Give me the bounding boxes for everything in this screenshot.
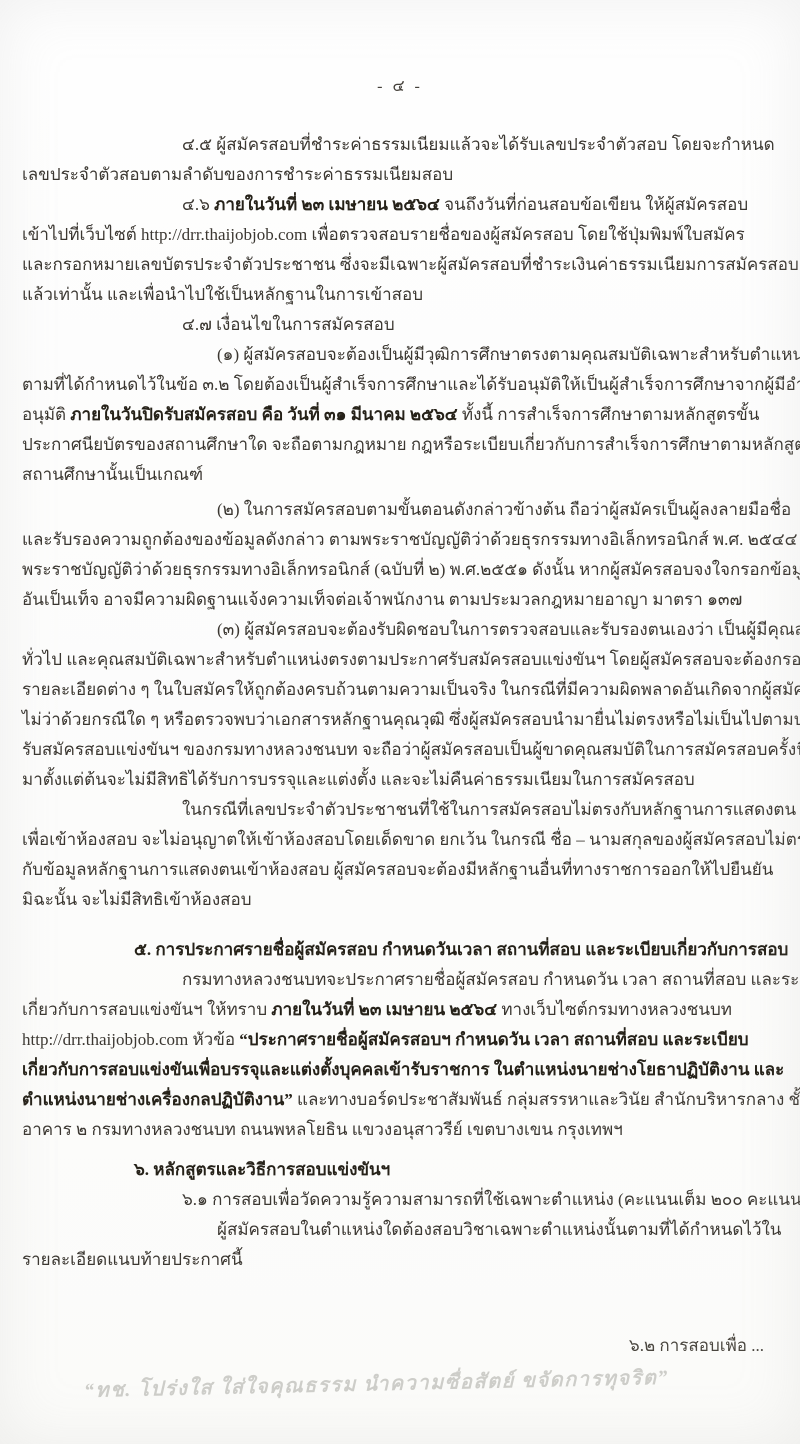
text-segment: ประกาศนียบัตรของสถานศึกษาใด จะถือตามกฎหม…: [22, 435, 800, 454]
text-line: อันเป็นเท็จ อาจมีความผิดฐานแจ้งความเท็จต…: [22, 585, 792, 615]
text-line: และรับรองความถูกต้องของข้อมูลดังกล่าว ตา…: [22, 525, 792, 555]
scanned-document-page: - ๔ - ๔.๕ ผู้สมัครสอบที่ชำระค่าธรรมเนียม…: [0, 0, 800, 1444]
text-segment: แล้วเท่านั้น และเพื่อนำไปใช้เป็นหลักฐานใ…: [22, 285, 423, 304]
text-line: ผู้สมัครสอบในตำแหน่งใดต้องสอบวิชาเฉพาะตำ…: [22, 1215, 792, 1245]
text-line: กรมทางหลวงชนบทจะประกาศรายชื่อผู้สมัครสอบ…: [22, 965, 792, 995]
text-segment: และรับรองความถูกต้องของข้อมูลดังกล่าว ตา…: [22, 530, 800, 549]
text-segment: พระราชบัญญัติว่าด้วยธุรกรรมทางอิเล็กทรอน…: [22, 560, 800, 579]
text-line: เพื่อเข้าห้องสอบ จะไม่อนุญาตให้เข้าห้องส…: [22, 825, 792, 855]
text-segment: กับข้อมูลหลักฐานการแสดงตนเข้าห้องสอบ ผู้…: [22, 860, 773, 879]
text-segment: กรมทางหลวงชนบทจะประกาศรายชื่อผู้สมัครสอบ…: [182, 970, 800, 989]
text-segment: มาตั้งแต่ต้นจะไม่มีสิทธิได้รับการบรรจุแล…: [22, 770, 695, 789]
text-line: (๓) ผู้สมัครสอบจะต้องรับผิดชอบในการตรวจส…: [22, 615, 792, 645]
text-line: เกี่ยวกับการสอบแข่งขันเพื่อบรรจุและแต่งต…: [22, 1055, 792, 1085]
document-body: ๔.๕ ผู้สมัครสอบที่ชำระค่าธรรมเนียมแล้วจะ…: [22, 130, 792, 1275]
text-line: รับสมัครสอบแข่งขันฯ ของกรมทางหลวงชนบท จะ…: [22, 735, 792, 765]
text-line: พระราชบัญญัติว่าด้วยธุรกรรมทางอิเล็กทรอน…: [22, 555, 792, 585]
text-segment: เพื่อเข้าห้องสอบ จะไม่อนุญาตให้เข้าห้องส…: [22, 830, 800, 849]
text-line: (๑) ผู้สมัครสอบจะต้องเป็นผู้มีวุฒิการศึก…: [22, 340, 792, 370]
text-line: ไม่ว่าด้วยกรณีใด ๆ หรือตรวจพบว่าเอกสารหล…: [22, 705, 792, 735]
text-segment-bold: ตำแหน่งนายช่างเครื่องกลปฏิบัติงาน”: [22, 1090, 293, 1109]
text-segment: มิฉะนั้น จะไม่มีสิทธิเข้าห้องสอบ: [22, 890, 252, 909]
text-line: มาตั้งแต่ต้นจะไม่มีสิทธิได้รับการบรรจุแล…: [22, 765, 792, 795]
text-segment-bold: เกี่ยวกับการสอบแข่งขันเพื่อบรรจุและแต่งต…: [22, 1060, 784, 1079]
text-line: ๔.๕ ผู้สมัครสอบที่ชำระค่าธรรมเนียมแล้วจะ…: [22, 130, 792, 160]
text-segment: ผู้สมัครสอบในตำแหน่งใดต้องสอบวิชาเฉพาะตำ…: [217, 1220, 781, 1239]
text-segment-bold: “ประกาศรายชื่อผู้สมัครสอบฯ กำหนดวัน เวลา…: [239, 1030, 748, 1049]
text-line: ตามที่ได้กำหนดไว้ในข้อ ๓.๒ โดยต้องเป็นผู…: [22, 370, 792, 400]
text-segment: (๒) ในการสมัครสอบตามขั้นตอนดังกล่าวข้างต…: [217, 500, 791, 519]
text-segment: ทางเว็บไซต์กรมทางหลวงชนบท: [497, 1000, 732, 1019]
text-segment: ตามที่ได้กำหนดไว้ในข้อ ๓.๒ โดยต้องเป็นผู…: [22, 375, 800, 394]
text-line: เลขประจำตัวสอบตามลำดับของการชำระค่าธรรมเ…: [22, 160, 792, 190]
text-line: ตำแหน่งนายช่างเครื่องกลปฏิบัติงาน” และทา…: [22, 1085, 792, 1115]
text-segment: อนุมัติ: [22, 405, 70, 424]
text-line: ประกาศนียบัตรของสถานศึกษาใด จะถือตามกฎหม…: [22, 430, 792, 460]
text-segment-bold: ภายในวันปิดรับสมัครสอบ คือ วันที่ ๓๑ มีน…: [70, 405, 457, 424]
text-segment: ๔.๕ ผู้สมัครสอบที่ชำระค่าธรรมเนียมแล้วจะ…: [182, 135, 775, 154]
text-line: อนุมัติ ภายในวันปิดรับสมัครสอบ คือ วันที…: [22, 400, 792, 430]
text-segment: ๖.๑ การสอบเพื่อวัดความรู้ความสามารถที่ใช…: [182, 1190, 800, 1209]
text-segment: อาคาร ๒ กรมทางหลวงชนบท ถนนพหลโยธิน แขวงอ…: [22, 1120, 623, 1139]
text-line: เข้าไปที่เว็บไซต์ http://drr.thaijobjob.…: [22, 220, 792, 250]
text-line: มิฉะนั้น จะไม่มีสิทธิเข้าห้องสอบ: [22, 885, 792, 915]
text-segment: รับสมัครสอบแข่งขันฯ ของกรมทางหลวงชนบท จะ…: [22, 740, 800, 759]
text-line: รายละเอียดแนบท้ายประกาศนี้: [22, 1245, 792, 1275]
text-segment: ๔.๖: [182, 195, 214, 214]
text-segment: และทางบอร์ดประชาสัมพันธ์ กลุ่มสรรหาและวิ…: [293, 1090, 800, 1109]
text-segment: ไม่ว่าด้วยกรณีใด ๆ หรือตรวจพบว่าเอกสารหล…: [22, 710, 800, 729]
text-segment: (๑) ผู้สมัครสอบจะต้องเป็นผู้มีวุฒิการศึก…: [217, 345, 800, 364]
text-segment-bold: ๖. หลักสูตรและวิธีการสอบแข่งขันฯ: [134, 1160, 390, 1179]
text-line: แล้วเท่านั้น และเพื่อนำไปใช้เป็นหลักฐานใ…: [22, 280, 792, 310]
text-line: เกี่ยวกับการสอบแข่งขันฯ ให้ทราบ ภายในวัน…: [22, 995, 792, 1025]
text-line: http://drr.thaijobjob.com หัวข้อ “ประกาศ…: [22, 1025, 792, 1055]
text-line: ทั่วไป และคุณสมบัติเฉพาะสำหรับตำแหน่งตรง…: [22, 645, 792, 675]
text-segment-bold: ภายในวันที่ ๒๓ เมษายน ๒๕๖๔: [271, 1000, 497, 1019]
text-line: กับข้อมูลหลักฐานการแสดงตนเข้าห้องสอบ ผู้…: [22, 855, 792, 885]
text-line: รายละเอียดต่าง ๆ ในใบสมัครให้ถูกต้องครบถ…: [22, 675, 792, 705]
text-segment: เลขประจำตัวสอบตามลำดับของการชำระค่าธรรมเ…: [22, 165, 453, 184]
text-segment: สถานศึกษานั้นเป็นเกณฑ์: [22, 465, 203, 484]
text-line: (๒) ในการสมัครสอบตามขั้นตอนดังกล่าวข้างต…: [22, 495, 792, 525]
page-number: - ๔ -: [0, 74, 800, 99]
text-line: ๕. การประกาศรายชื่อผู้สมัครสอบ กำหนดวันเ…: [22, 935, 792, 965]
text-segment: http://drr.thaijobjob.com หัวข้อ: [22, 1030, 239, 1049]
text-segment: ในกรณีที่เลขประจำตัวประชาชนที่ใช้ในการสม…: [182, 800, 796, 819]
text-segment: ทั้งนี้ การสำเร็จการศึกษาตามหลักสูตรขั้น: [458, 405, 760, 424]
text-segment: เข้าไปที่เว็บไซต์ http://drr.thaijobjob.…: [22, 225, 745, 244]
text-segment: (๓) ผู้สมัครสอบจะต้องรับผิดชอบในการตรวจส…: [217, 620, 800, 639]
text-segment-bold: ภายในวันที่ ๒๓ เมษายน ๒๕๖๔: [214, 195, 440, 214]
text-segment: ทั่วไป และคุณสมบัติเฉพาะสำหรับตำแหน่งตรง…: [22, 650, 800, 669]
text-line: ๖.๑ การสอบเพื่อวัดความรู้ความสามารถที่ใช…: [22, 1185, 792, 1215]
text-segment: รายละเอียดต่าง ๆ ในใบสมัครให้ถูกต้องครบถ…: [22, 680, 800, 699]
text-segment: จนถึงวันที่ก่อนสอบข้อเขียน ให้ผู้สมัครสอ…: [440, 195, 748, 214]
continuation-marker: ๖.๒ การสอบเพื่อ ...: [629, 1332, 764, 1359]
text-line: สถานศึกษานั้นเป็นเกณฑ์: [22, 460, 792, 490]
text-line: ในกรณีที่เลขประจำตัวประชาชนที่ใช้ในการสม…: [22, 795, 792, 825]
text-line: ๔.๗ เงื่อนไขในการสมัครสอบ: [22, 310, 792, 340]
text-line: อาคาร ๒ กรมทางหลวงชนบท ถนนพหลโยธิน แขวงอ…: [22, 1115, 792, 1145]
text-segment: และกรอกหมายเลขบัตรประจำตัวประชาชน ซึ่งจะ…: [22, 255, 799, 274]
text-segment: อันเป็นเท็จ อาจมีความผิดฐานแจ้งความเท็จต…: [22, 590, 742, 609]
text-line: ๔.๖ ภายในวันที่ ๒๓ เมษายน ๒๕๖๔ จนถึงวันท…: [22, 190, 792, 220]
text-segment: ๔.๗ เงื่อนไขในการสมัครสอบ: [182, 315, 395, 334]
text-segment: รายละเอียดแนบท้ายประกาศนี้: [22, 1250, 243, 1269]
text-line: ๖. หลักสูตรและวิธีการสอบแข่งขันฯ: [22, 1155, 792, 1185]
text-segment: เกี่ยวกับการสอบแข่งขันฯ ให้ทราบ: [22, 1000, 271, 1019]
text-segment-bold: ๕. การประกาศรายชื่อผู้สมัครสอบ กำหนดวันเ…: [134, 940, 788, 959]
text-line: และกรอกหมายเลขบัตรประจำตัวประชาชน ซึ่งจะ…: [22, 250, 792, 280]
footer-watermark: “ทช. โปร่งใส ใส่ใจคุณธรรม นำความซื่อสัตย…: [84, 1361, 670, 1406]
